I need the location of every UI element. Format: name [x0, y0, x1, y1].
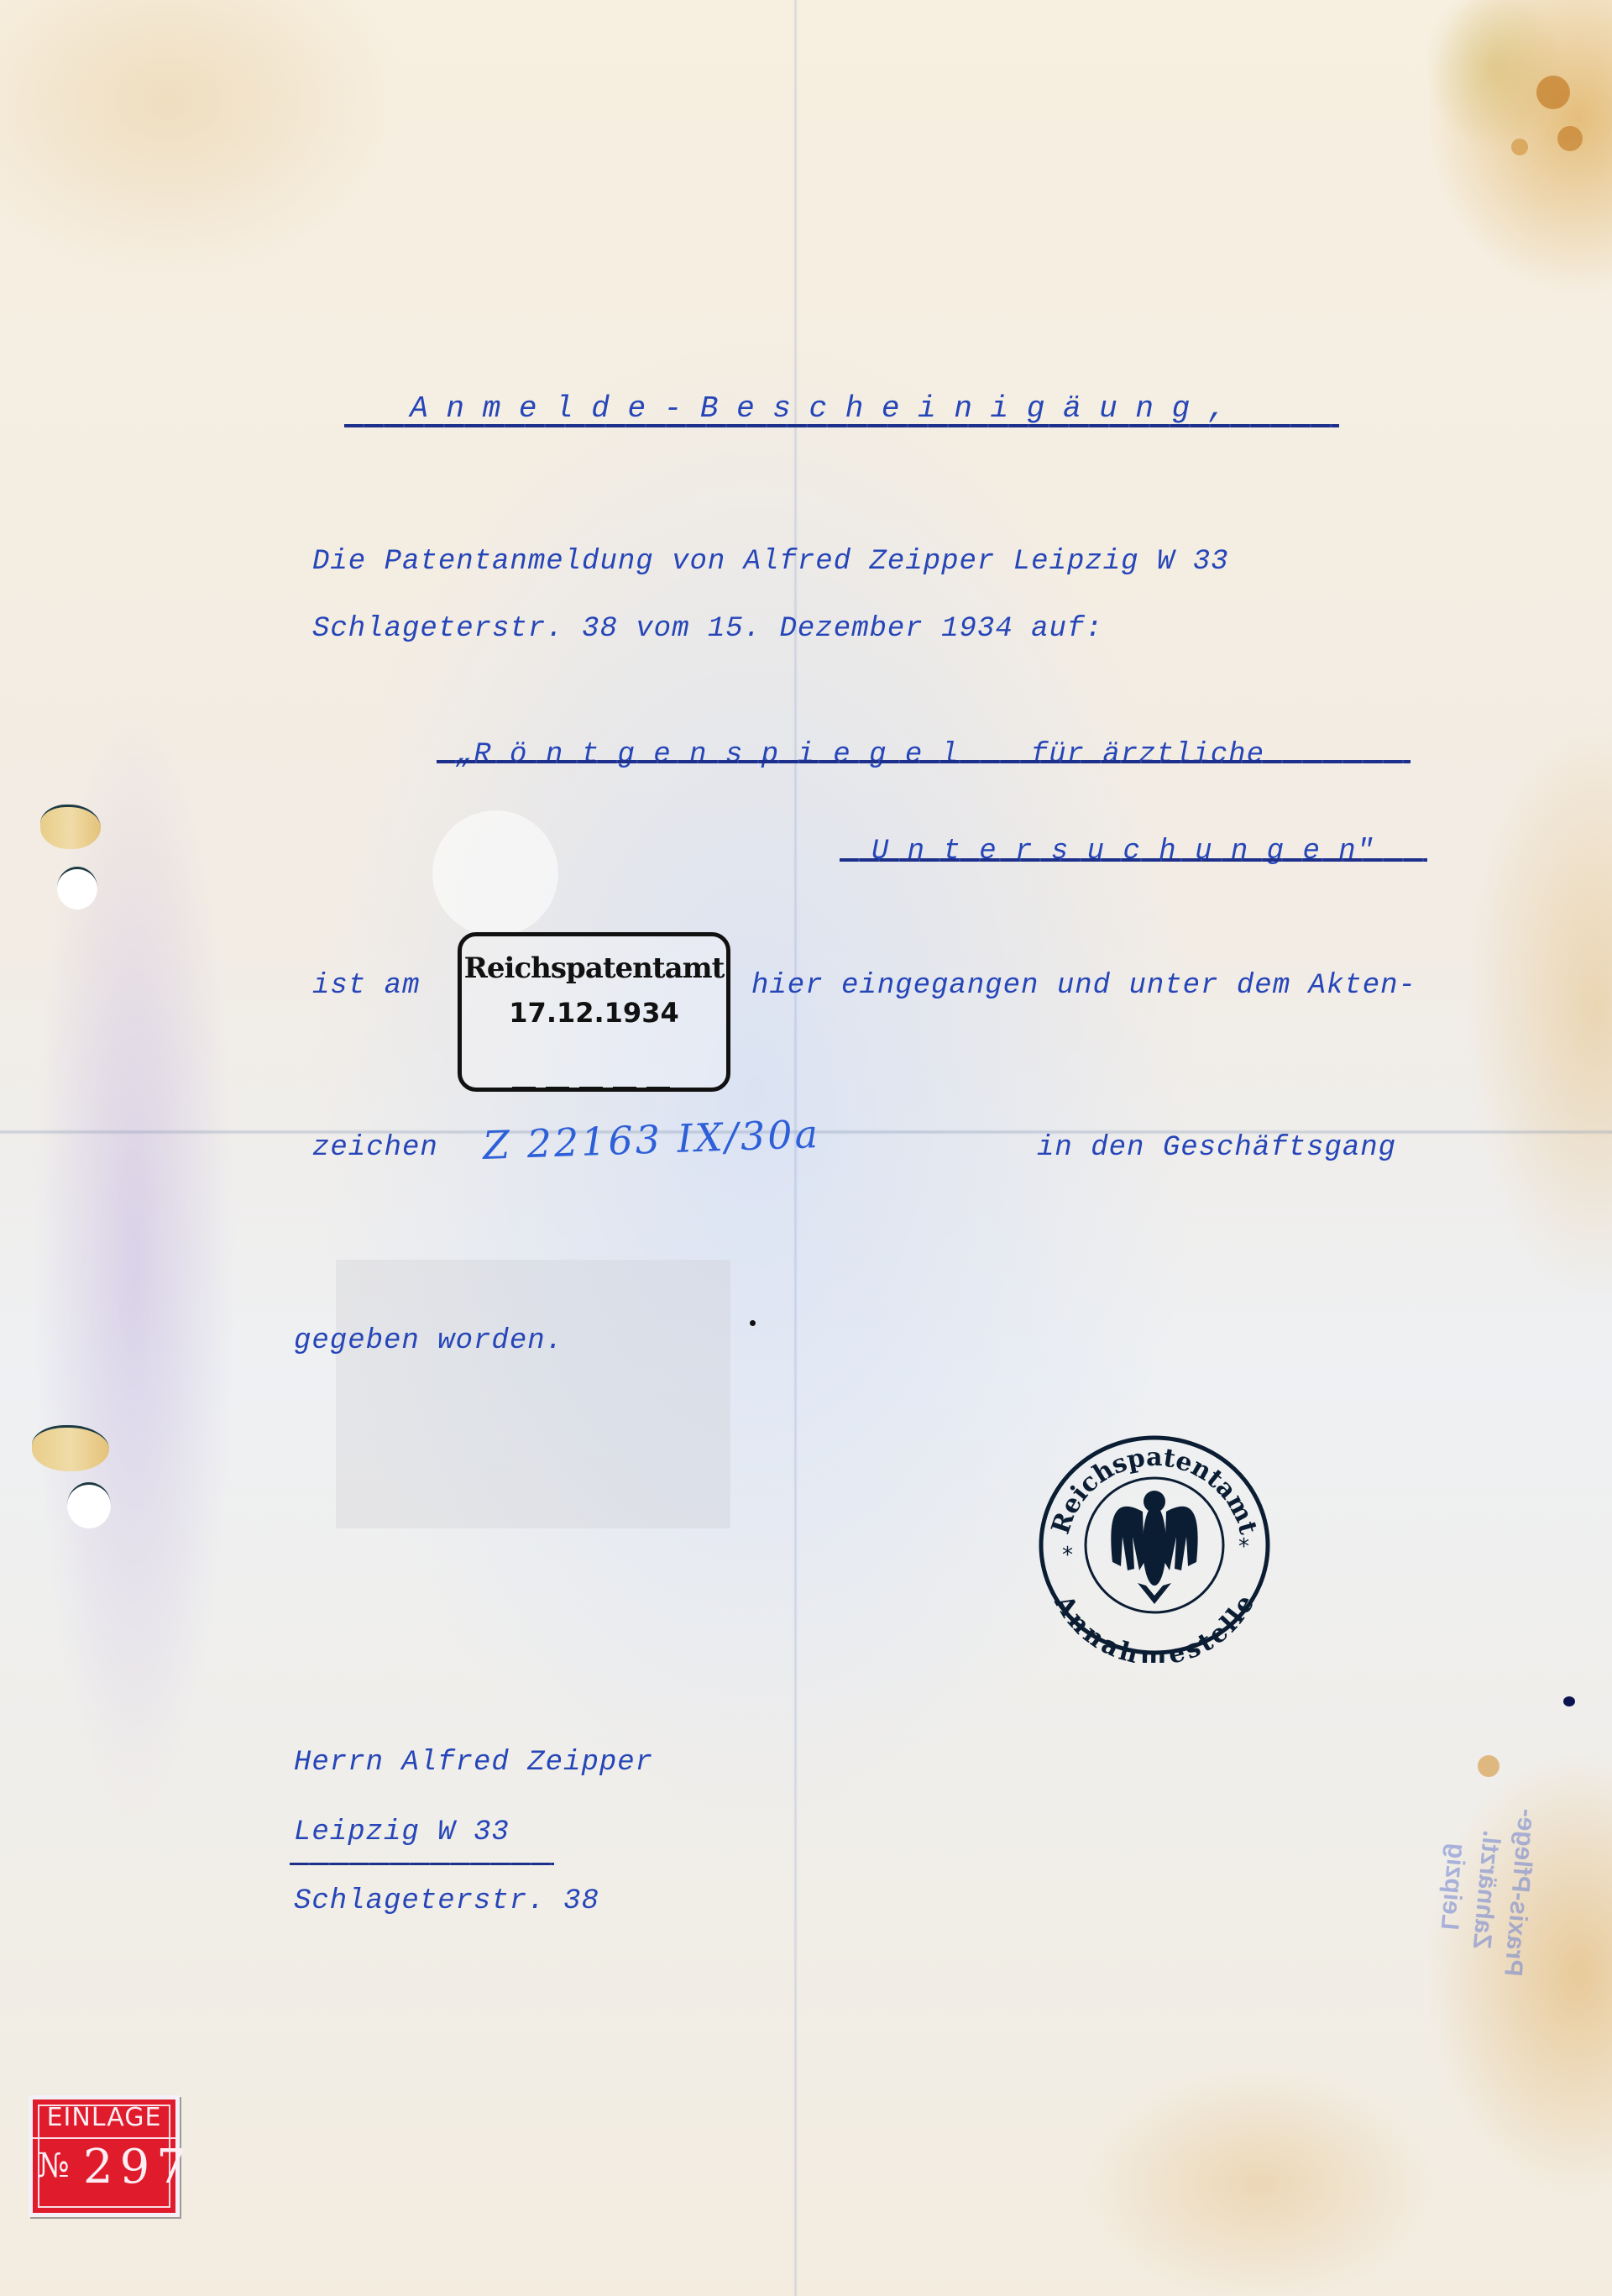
stamp-office-name: Reichspatentamt: [462, 951, 726, 985]
enclosure-number: 297: [83, 2140, 172, 2194]
seal-graphic: Reichspatentamt Annahmestelle * *: [1028, 1428, 1280, 1663]
address-line-3: Schlageterstr. 38: [294, 1885, 599, 1917]
body-line-2: Schlageterstr. 38 vom 15. Dezember 1934 …: [312, 613, 1103, 645]
watermark-circle: [432, 810, 558, 936]
ink-dot: [750, 1320, 756, 1326]
document-title: A n m e l d e - B e s c h e i n i g ä u …: [374, 357, 1226, 426]
invention-underline-1: [437, 760, 1410, 763]
round-office-seal: Reichspatentamt Annahmestelle * *: [1028, 1428, 1280, 1663]
punch-hole: [67, 1482, 111, 1528]
receipt-date-stamp: Reichspatentamt 17.12.1934: [458, 932, 730, 1092]
watermark-block: [336, 1260, 730, 1528]
address-line-1: Herrn Alfred Zeipper: [294, 1747, 653, 1779]
title-underline: [344, 424, 1339, 427]
eagle-icon: [1111, 1491, 1197, 1604]
svg-text:*: *: [1062, 1543, 1073, 1568]
number-sign: №: [38, 2147, 70, 2185]
enclosure-number-label: EINLAGE № 297: [29, 2095, 180, 2217]
rust-spot: [1511, 139, 1528, 155]
rust-spot: [1536, 76, 1570, 109]
punch-hole: [57, 867, 97, 909]
body-line-3-start: ist am: [312, 970, 420, 1002]
torn-punch-hole: [40, 805, 101, 849]
stamp-date: 17.12.1934: [462, 997, 726, 1029]
body-line-1: Die Patentanmeldung von Alfred Zeipper L…: [312, 546, 1229, 578]
enclosure-label-text: EINLAGE: [33, 2103, 175, 2139]
address-city-underline: [290, 1863, 554, 1865]
torn-punch-hole: [32, 1425, 109, 1471]
body-line-4-end: in den Geschäftsgang: [1037, 1132, 1396, 1164]
body-line-5: gegeben worden.: [294, 1325, 563, 1357]
rust-spot: [1557, 126, 1583, 151]
mirrored-offset-stamp: Praxis-Pflege- Zahnärztl. Leipzig: [1309, 1766, 1612, 2013]
address-line-2: Leipzig W 33: [294, 1816, 510, 1848]
rust-spot: [1478, 1755, 1499, 1777]
svg-text:*: *: [1238, 1534, 1249, 1559]
invention-underline-2: [840, 858, 1427, 862]
body-line-3-end: hier eingegangen und unter dem Akten-: [751, 970, 1416, 1002]
ink-dot: [1563, 1696, 1575, 1706]
body-line-4-start: zeichen: [312, 1132, 438, 1164]
stamp-dashed-edge: [512, 1087, 676, 1092]
